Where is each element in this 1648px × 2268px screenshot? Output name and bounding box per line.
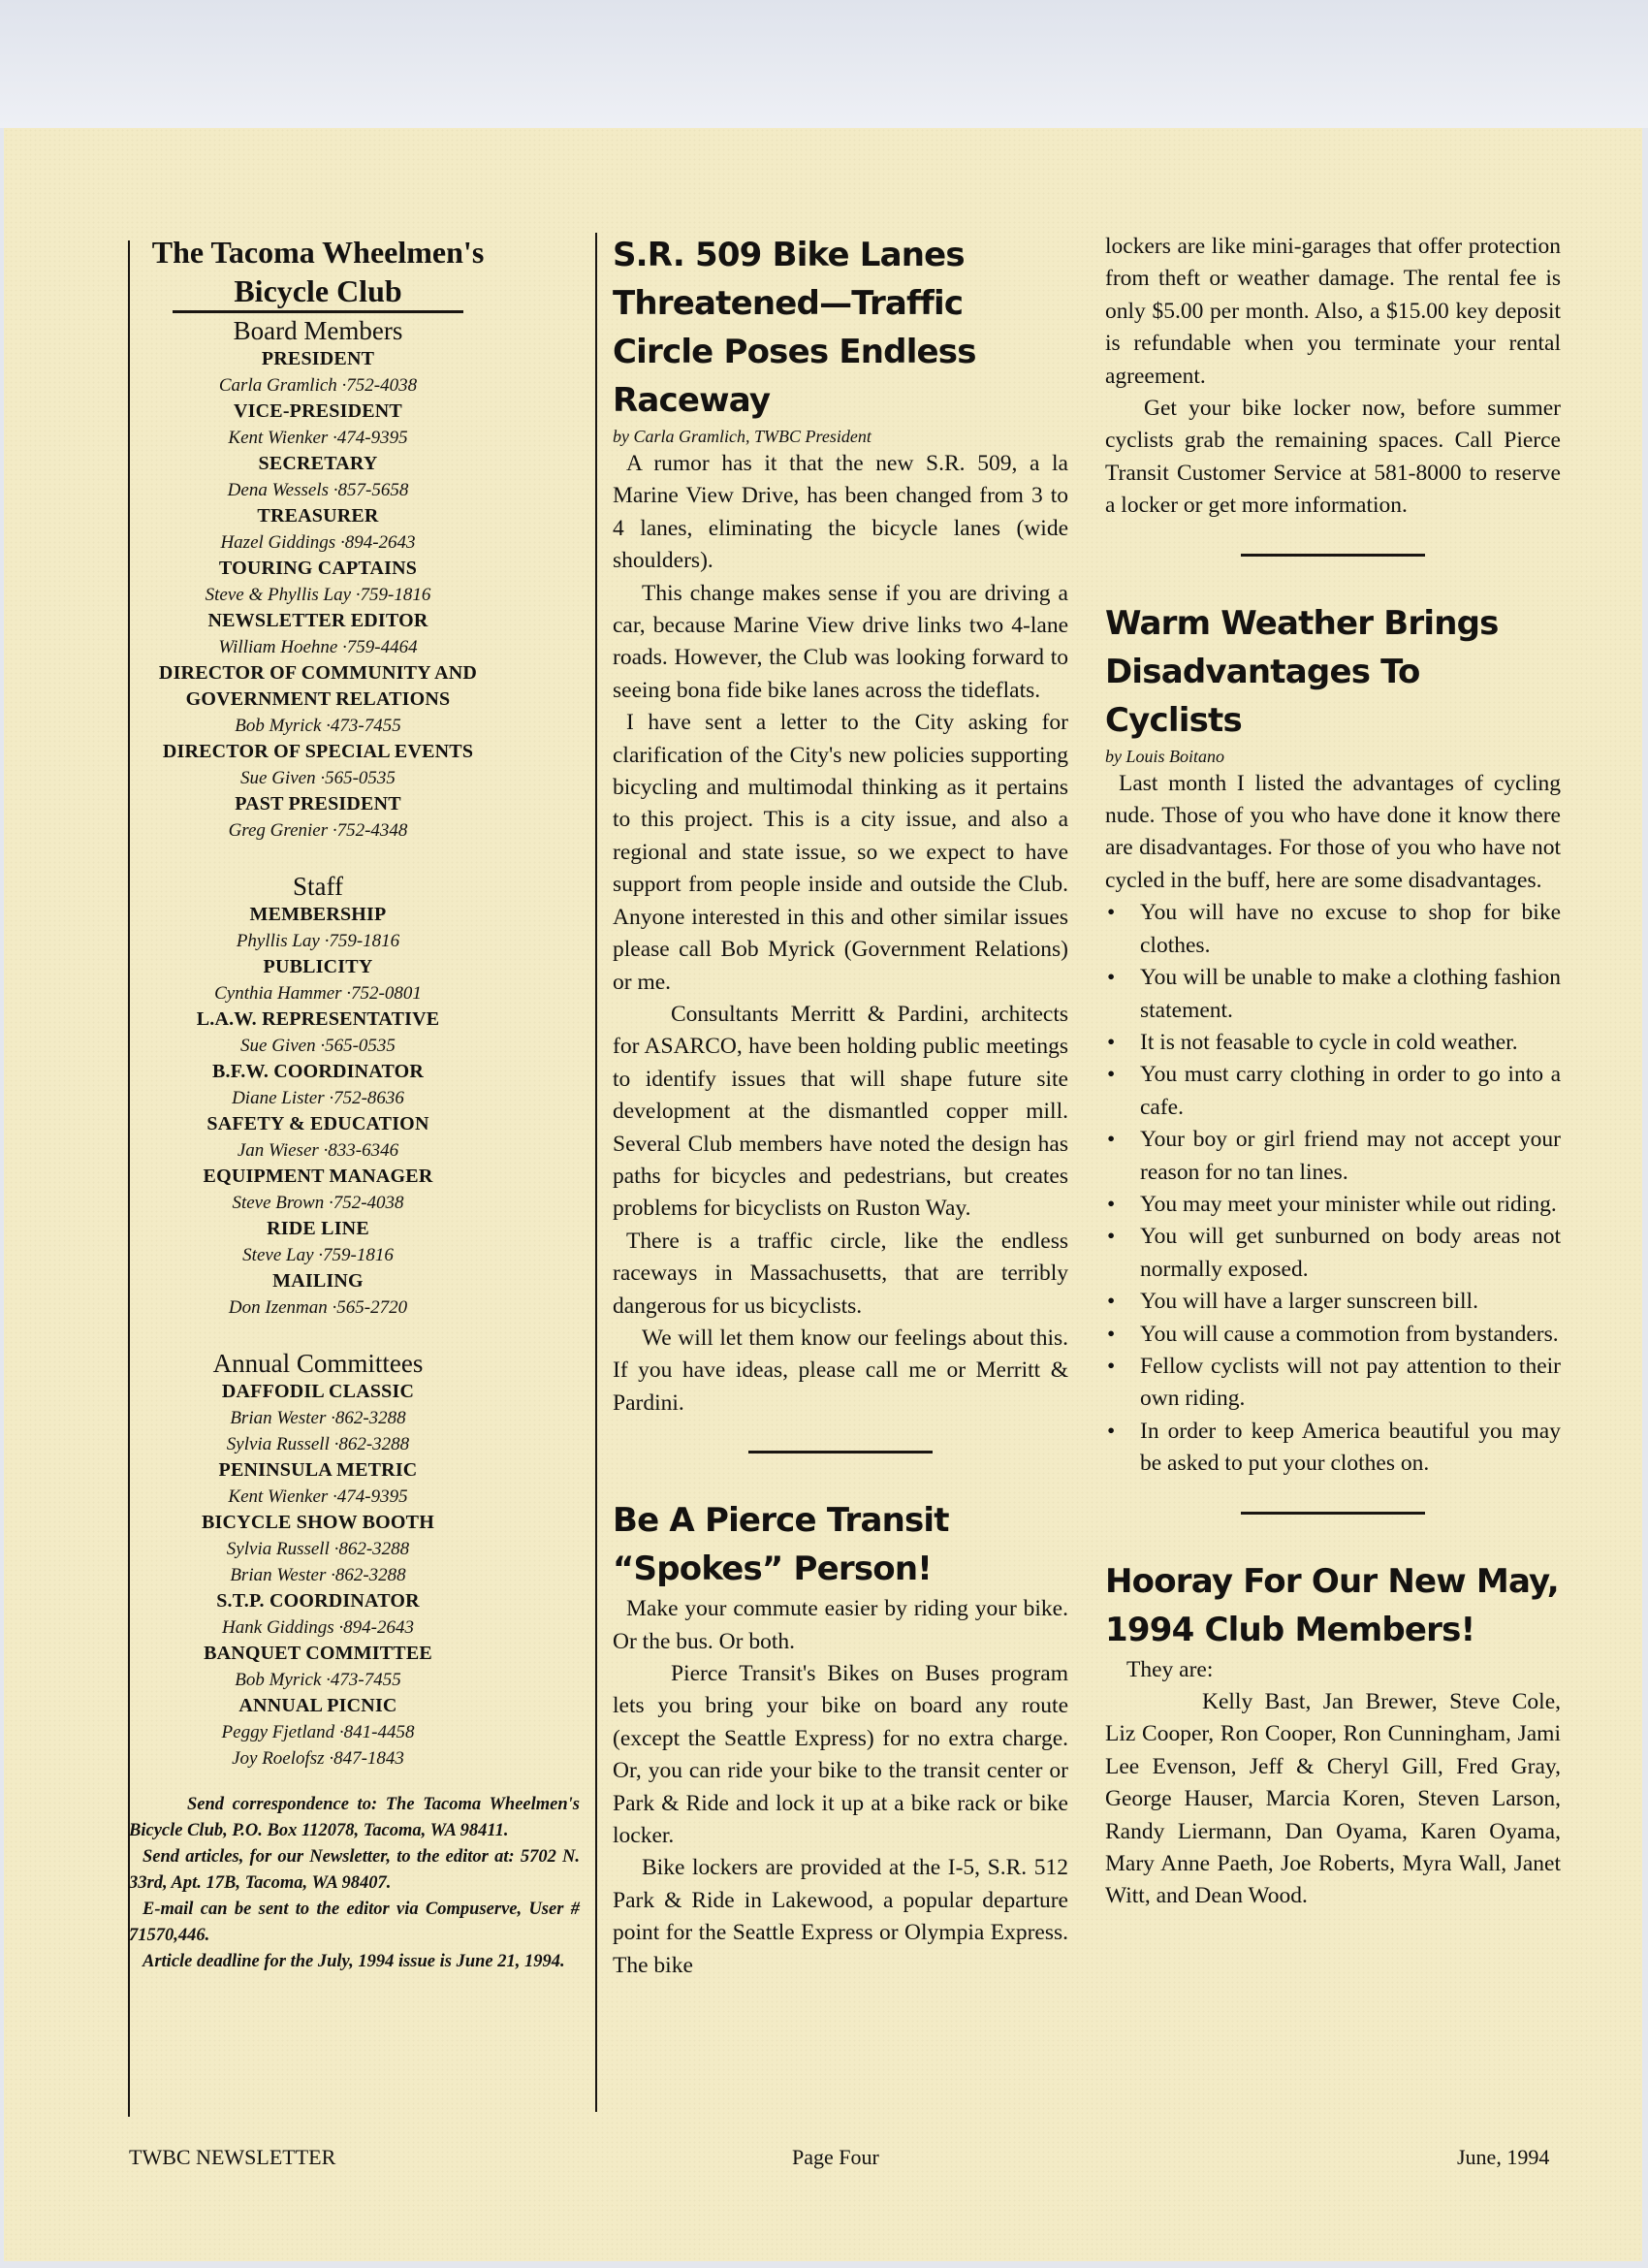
scanner-background: [0, 0, 1648, 128]
directory-contact: Joy Roelofsz ·847-1843: [134, 1745, 502, 1772]
directory-contact: Phyllis Lay ·759-1816: [134, 928, 502, 954]
directory-contact: Peggy Fjetland ·841-4458: [134, 1719, 502, 1745]
club-directory: The Tacoma Wheelmen's Bicycle Club Board…: [134, 233, 502, 1772]
members-names: Kelly Bast, Jan Brewer, Steve Cole, Liz …: [1105, 1686, 1561, 1913]
directory-role: PENINSULA METRIC: [134, 1457, 502, 1484]
footer-newsletter-name: TWBC NEWSLETTER: [129, 2145, 335, 2170]
directory-role: SECRETARY: [134, 451, 502, 477]
warm-intro: Last month I listed the advantages of cy…: [1105, 768, 1561, 898]
directory-role: DAFFODIL CLASSIC: [134, 1379, 502, 1405]
staff-list: MEMBERSHIPPhyllis Lay ·759-1816PUBLICITY…: [134, 902, 502, 1321]
directory-contact: Hazel Giddings ·894-2643: [134, 529, 502, 556]
right-column: lockers are like mini-garages that offer…: [1105, 231, 1561, 1913]
directory-contact: Sylvia Russell ·862-3288: [134, 1536, 502, 1562]
disadvantage-item: You will cause a commotion from bystande…: [1105, 1319, 1561, 1351]
disadvantage-item: You will have a larger sunscreen bill.: [1105, 1286, 1561, 1318]
disadvantage-item: You will get sunburned on body areas not…: [1105, 1221, 1561, 1286]
disadvantage-item: Fellow cyclists will not pay attention t…: [1105, 1351, 1561, 1416]
disadvantage-item: In order to keep America beautiful you m…: [1105, 1416, 1561, 1481]
article-warm-weather: Warm Weather Brings Disadvantages To Cyc…: [1105, 599, 1561, 1481]
correspondence-note: Send correspondence to: The Tacoma Wheel…: [129, 1792, 580, 1844]
directory-role: DIRECTOR OF COMMUNITY AND GOVERNMENT REL…: [134, 660, 502, 713]
pierce-paragraph: Get your bike locker now, before summer …: [1105, 393, 1561, 523]
email-note: E-mail can be sent to the editor via Com…: [129, 1897, 580, 1949]
directory-role: TOURING CAPTAINS: [134, 556, 502, 582]
pierce-paragraph: Make your commute easier by riding your …: [613, 1593, 1068, 1658]
pierce-headline: Be A Pierce Transit “Spokes” Person!: [613, 1496, 1068, 1593]
directory-role: DIRECTOR OF SPECIAL EVENTS: [134, 739, 502, 765]
sr509-paragraph: This change makes sense if you are drivi…: [613, 578, 1068, 708]
directory-contact: Bob Myrick ·473-7455: [134, 1667, 502, 1693]
sr509-byline: by Carla Gramlich, TWBC President: [613, 425, 1068, 448]
directory-contact: Don Izenman ·565-2720: [134, 1294, 502, 1321]
directory-contact: Brian Wester ·862-3288: [134, 1562, 502, 1588]
directory-contact: Kent Wienker ·474-9395: [134, 1484, 502, 1510]
directory-role: S.T.P. COORDINATOR: [134, 1588, 502, 1614]
board-list: PRESIDENTCarla Gramlich ·752-4038VICE-PR…: [134, 346, 502, 844]
article-new-members: Hooray For Our New May, 1994 Club Member…: [1105, 1557, 1561, 1913]
directory-contact: Bob Myrick ·473-7455: [134, 713, 502, 739]
board-heading: Board Members: [134, 315, 502, 346]
contact-notes: Send correspondence to: The Tacoma Wheel…: [129, 1792, 580, 1975]
staff-heading: Staff: [134, 871, 502, 902]
directory-contact: Carla Gramlich ·752-4038: [134, 372, 502, 399]
sr509-paragraph: There is a traffic circle, like the endl…: [613, 1226, 1068, 1323]
directory-role: NEWSLETTER EDITOR: [134, 608, 502, 634]
article-divider: [748, 1451, 933, 1453]
directory-role: MEMBERSHIP: [134, 902, 502, 928]
members-headline: Hooray For Our New May, 1994 Club Member…: [1105, 1557, 1561, 1654]
committees-heading: Annual Committees: [134, 1348, 502, 1379]
footer-page-number: Page Four: [792, 2145, 879, 2170]
article-sr509: S.R. 509 Bike Lanes Threatened—Traffic C…: [613, 231, 1068, 1420]
directory-role: ANNUAL PICNIC: [134, 1693, 502, 1719]
directory-role: VICE-PRESIDENT: [134, 399, 502, 425]
committee-list: DAFFODIL CLASSICBrian Wester ·862-3288Sy…: [134, 1379, 502, 1772]
sr509-paragraph: We will let them know our feelings about…: [613, 1323, 1068, 1420]
members-lead: They are:: [1105, 1654, 1561, 1686]
directory-contact: Kent Wienker ·474-9395: [134, 425, 502, 451]
disadvantage-item: Your boy or girl friend may not accept y…: [1105, 1124, 1561, 1189]
directory-role: L.A.W. REPRESENTATIVE: [134, 1006, 502, 1033]
disadvantage-item: You will have no excuse to shop for bike…: [1105, 897, 1561, 962]
center-column-rule: [595, 233, 597, 2112]
disadvantage-item: It is not feasable to cycle in cold weat…: [1105, 1027, 1561, 1059]
sr509-headline: S.R. 509 Bike Lanes Threatened—Traffic C…: [613, 231, 1068, 425]
directory-contact: Brian Wester ·862-3288: [134, 1405, 502, 1431]
article-divider: [1241, 554, 1425, 557]
article-divider: [1241, 1512, 1425, 1515]
directory-role: BICYCLE SHOW BOOTH: [134, 1510, 502, 1536]
directory-role: BANQUET COMMITTEE: [134, 1641, 502, 1667]
title-underline: [173, 310, 463, 313]
directory-role: PRESIDENT: [134, 346, 502, 372]
sr509-paragraph: Consultants Merritt & Pardini, architect…: [613, 999, 1068, 1226]
directory-role: PUBLICITY: [134, 954, 502, 980]
directory-contact: Hank Giddings ·894-2643: [134, 1614, 502, 1641]
directory-contact: Cynthia Hammer ·752-0801: [134, 980, 502, 1006]
directory-role: MAILING: [134, 1268, 502, 1294]
disadvantage-item: You must carry clothing in order to go i…: [1105, 1059, 1561, 1124]
club-title-line2: Bicycle Club: [134, 272, 502, 310]
footer-date: June, 1994: [1457, 2145, 1549, 2170]
directory-role: EQUIPMENT MANAGER: [134, 1164, 502, 1190]
articles-note: Send articles, for our Newsletter, to th…: [129, 1844, 580, 1897]
sr509-paragraph: I have sent a letter to the City asking …: [613, 707, 1068, 999]
directory-role: PAST PRESIDENT: [134, 791, 502, 817]
disadvantages-list: You will have no excuse to shop for bike…: [1105, 897, 1561, 1480]
club-title-line1: The Tacoma Wheelmen's: [134, 233, 502, 272]
directory-role: TREASURER: [134, 503, 502, 529]
sr509-paragraph: A rumor has it that the new S.R. 509, a …: [613, 448, 1068, 578]
directory-contact: Dena Wessels ·857-5658: [134, 477, 502, 503]
directory-contact: Jan Wieser ·833-6346: [134, 1137, 502, 1164]
pierce-continued: lockers are like mini-garages that offer…: [1105, 231, 1561, 393]
pierce-paragraph: Bike lockers are provided at the I-5, S.…: [613, 1852, 1068, 1982]
directory-contact: Steve Brown ·752-4038: [134, 1190, 502, 1216]
directory-role: B.F.W. COORDINATOR: [134, 1059, 502, 1085]
directory-contact: Diane Lister ·752-8636: [134, 1085, 502, 1111]
directory-contact: William Hoehne ·759-4464: [134, 634, 502, 660]
directory-contact: Steve & Phyllis Lay ·759-1816: [134, 582, 502, 608]
directory-contact: Greg Grenier ·752-4348: [134, 817, 502, 844]
warm-byline: by Louis Boitano: [1105, 745, 1561, 768]
warm-headline: Warm Weather Brings Disadvantages To Cyc…: [1105, 599, 1561, 745]
deadline-note: Article deadline for the July, 1994 issu…: [129, 1949, 580, 1975]
directory-contact: Sue Given ·565-0535: [134, 1033, 502, 1059]
center-column: S.R. 509 Bike Lanes Threatened—Traffic C…: [613, 231, 1068, 1982]
pierce-paragraph: Pierce Transit's Bikes on Buses program …: [613, 1658, 1068, 1852]
directory-contact: Steve Lay ·759-1816: [134, 1242, 502, 1268]
directory-role: RIDE LINE: [134, 1216, 502, 1242]
article-pierce-transit: Be A Pierce Transit “Spokes” Person! Mak…: [613, 1496, 1068, 1982]
disadvantage-item: You may meet your minister while out rid…: [1105, 1189, 1561, 1221]
directory-contact: Sue Given ·565-0535: [134, 765, 502, 791]
directory-contact: Sylvia Russell ·862-3288: [134, 1431, 502, 1457]
disadvantage-item: You will be unable to make a clothing fa…: [1105, 962, 1561, 1027]
directory-role: SAFETY & EDUCATION: [134, 1111, 502, 1137]
